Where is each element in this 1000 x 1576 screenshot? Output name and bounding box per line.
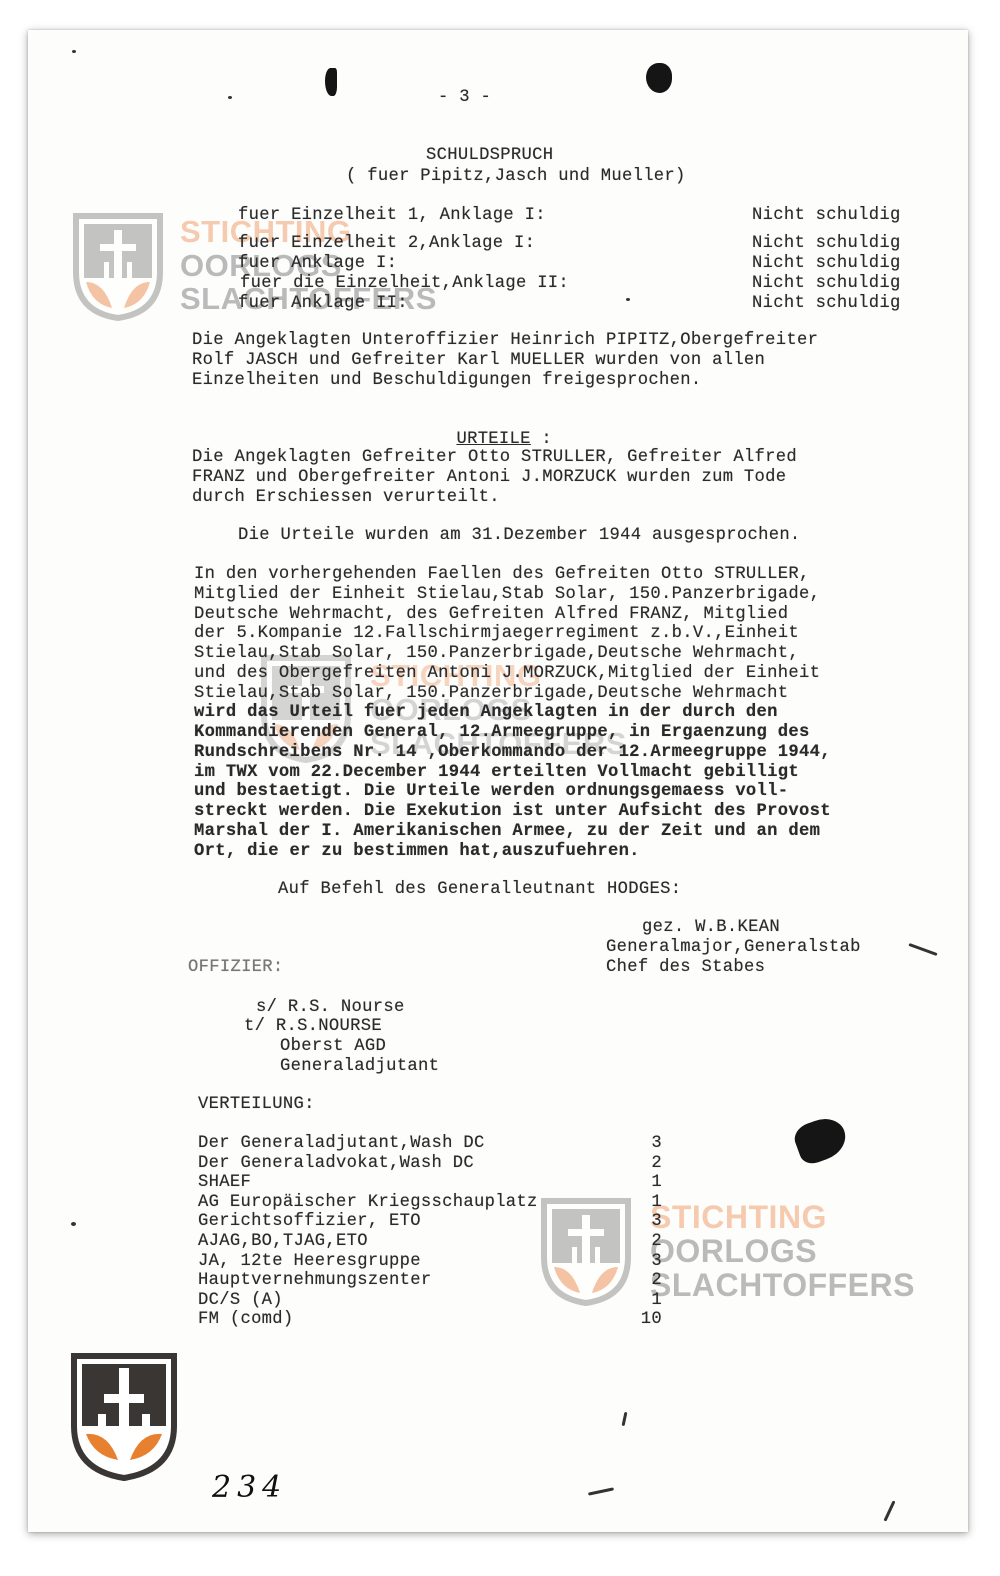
paragraph-line: Die Angeklagten Unteroffizier Heinrich P…	[192, 331, 818, 351]
order-line: Auf Befehl des Generalleutnant HODGES:	[278, 880, 681, 900]
watermark-line-3: SLACHTOFFERS	[650, 1269, 915, 1301]
distribution-recipient: Der Generaladvokat,Wash DC	[198, 1154, 474, 1174]
signature-rank: Generalmajor,Generalstab	[606, 938, 861, 958]
ink-blot-left	[325, 68, 337, 96]
distribution-copies: 1	[638, 1291, 662, 1311]
distribution-copies: 3	[638, 1212, 662, 1232]
paragraph-line: Ort, die er zu bestimmen hat,auszufuehre…	[194, 842, 640, 862]
distribution-recipient: DC/S (A)	[198, 1291, 283, 1311]
distribution-copies: 3	[638, 1252, 662, 1272]
paragraph-line: Kommandierenden General, 12.Armeegruppe,…	[194, 723, 810, 743]
sentences-heading-suffix: :	[531, 430, 552, 449]
document-page: STICHTING OORLOGS SLACHTOFFERS STICHTING…	[28, 30, 968, 1532]
page-number: - 3 -	[438, 88, 491, 108]
verdict-subheading: ( fuer Pipitz,Jasch und Mueller)	[346, 167, 686, 187]
paragraph-line: der 5.Kompanie 12.Fallschirmjaegerregime…	[194, 624, 799, 644]
watermark-line-2: OORLOGS	[650, 1235, 817, 1267]
paragraph-line: streckt werden. Die Exekution ist unter …	[194, 802, 831, 822]
finding-charge: fuer Einzelheit 1, Anklage I:	[238, 206, 546, 226]
shield-logo-icon	[538, 1195, 634, 1307]
paragraph-line: Einzelheiten und Beschuldigungen freiges…	[192, 371, 701, 391]
distribution-copies: 10	[638, 1310, 662, 1330]
finding-charge: fuer Einzelheit 2,Anklage I:	[238, 234, 535, 254]
distribution-recipient: FM (comd)	[198, 1310, 294, 1330]
finding-result: Nicht schuldig	[752, 274, 901, 294]
signature-name: gez. W.B.KEAN	[642, 918, 780, 938]
finding-charge: fuer die Einzelheit,Anklage II:	[240, 274, 569, 294]
finding-result: Nicht schuldig	[752, 234, 901, 254]
distribution-recipient: JA, 12te Heeresgruppe	[198, 1252, 421, 1272]
foundation-logo-icon	[68, 1350, 180, 1482]
paragraph-line: und bestaetigt. Die Urteile werden ordnu…	[194, 782, 788, 802]
official-rank: Oberst AGD	[280, 1037, 386, 1057]
ink-blot-right	[646, 63, 672, 93]
watermark-line-1: STICHTING	[650, 1201, 827, 1233]
paragraph-line: im TWX vom 22.December 1944 erteilten Vo…	[194, 763, 799, 783]
distribution-recipient: AJAG,BO,TJAG,ETO	[198, 1232, 368, 1252]
finding-result: Nicht schuldig	[752, 294, 901, 314]
finding-result: Nicht schuldig	[752, 206, 901, 226]
finding-charge: fuer Anklage II:	[238, 294, 408, 314]
pronounced-line: Die Urteile wurden am 31.Dezember 1944 a…	[238, 526, 801, 546]
shield-logo-icon	[70, 210, 166, 322]
official-signed: s/ R.S. Nourse	[256, 998, 405, 1018]
paragraph-line: Rundschreibens Nr. 14 ,Oberkommando der …	[194, 743, 831, 763]
paragraph-line: Stielau,Stab Solar, 150.Panzerbrigade,De…	[194, 684, 788, 704]
finding-charge: fuer Anklage I:	[238, 254, 397, 274]
distribution-copies: 2	[638, 1154, 662, 1174]
finding-result: Nicht schuldig	[752, 254, 901, 274]
distribution-recipient: Hauptvernehmungszenter	[198, 1271, 432, 1291]
distribution-heading: VERTEILUNG:	[198, 1095, 315, 1115]
paragraph-line: Deutsche Wehrmacht, des Gefreiten Alfred…	[194, 605, 788, 625]
paragraph-line: Stielau,Stab Solar, 150.Panzerbrigade,De…	[194, 644, 799, 664]
distribution-recipient: Der Generaladjutant,Wash DC	[198, 1134, 485, 1154]
paragraph-line: wird das Urteil fuer jeden Angeklagten i…	[194, 703, 778, 723]
ink-blot-lower-right	[791, 1113, 852, 1168]
handwritten-page-number: 234	[212, 1470, 287, 1505]
sentences-heading-text: URTEILE	[456, 430, 530, 449]
distribution-recipient: Gerichtsoffizier, ETO	[198, 1212, 421, 1232]
paragraph-line: Die Angeklagten Gefreiter Otto STRULLER,…	[192, 448, 797, 468]
paragraph-line: und des Obergefreiten Antoni J.MORZUCK,M…	[194, 664, 820, 684]
paragraph-line: Mitglied der Einheit Stielau,Stab Solar,…	[194, 585, 820, 605]
paragraph-line: Rolf JASCH und Gefreiter Karl MUELLER wu…	[192, 351, 765, 371]
distribution-copies: 1	[638, 1193, 662, 1213]
signature-title: Chef des Stabes	[606, 958, 765, 978]
paragraph-line: FRANZ und Obergefreiter Antoni J.MORZUCK…	[192, 468, 786, 488]
distribution-copies: 2	[638, 1271, 662, 1291]
paragraph-line: Marshal der I. Amerikanischen Armee, zu …	[194, 822, 820, 842]
distribution-recipient: AG Europäischer Kriegsschauplatz	[198, 1193, 538, 1213]
distribution-copies: 2	[638, 1232, 662, 1252]
distribution-recipient: SHAEF	[198, 1173, 251, 1193]
official-title: Generaladjutant	[280, 1057, 439, 1077]
paragraph-line: In den vorhergehenden Faellen des Gefrei…	[194, 565, 810, 585]
verdict-heading: SCHULDSPRUCH	[426, 146, 553, 166]
official-label: OFFIZIER:	[188, 958, 284, 978]
official-typed: t/ R.S.NOURSE	[244, 1017, 382, 1037]
distribution-copies: 3	[638, 1134, 662, 1154]
distribution-copies: 1	[638, 1173, 662, 1193]
paragraph-line: durch Erschiessen verurteilt.	[192, 488, 500, 508]
